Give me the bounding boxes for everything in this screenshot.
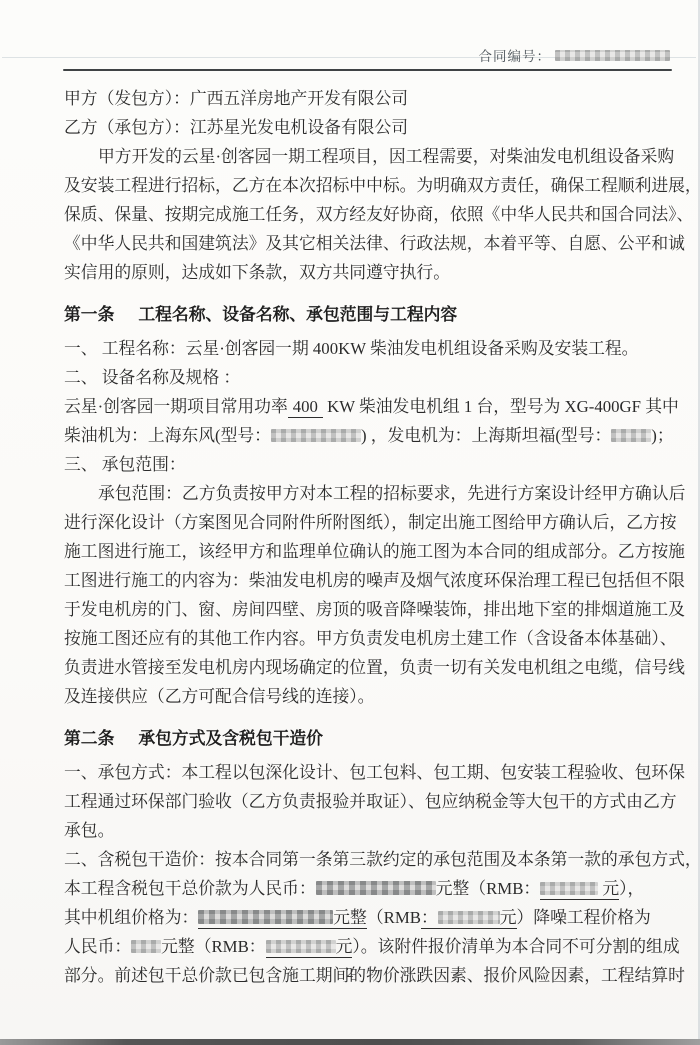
section1-title: 第一条工程名称、设备名称、承包范围与工程内容 <box>64 300 676 329</box>
price-line1: 二、含税包干造价：按本合同第一条第三款约定的承包范围及本条第一款的承包方式， <box>64 845 676 874</box>
unit-price-rmb-underlined: ：元 <box>421 908 517 929</box>
equipment-line1: 云星·创客园一期项目常用功率400 KW 柴油发电机组 1 台，型号为 XG-4… <box>64 392 676 421</box>
equipment-line2-mid: ) ，发电机为：上海斯坦福(型号： <box>361 426 611 445</box>
total-amount-rmb-underlined: 元 <box>540 879 619 900</box>
price-line3: 其中机组价格为：元整（RMB：元）降噪工程价格为 <box>64 903 676 932</box>
scope-line: 及连接供应（乙方可配合信号线的连接）。 <box>64 682 676 711</box>
method-line: 承包。 <box>64 816 676 845</box>
price-line4-end: ）。该附件报价清单为本合同不可分割的组成 <box>352 937 679 956</box>
redacted-contract-number <box>555 50 670 61</box>
unit-price-cn-underlined: 元整 <box>198 908 367 929</box>
contract-number-label: 合同编号： <box>479 45 552 65</box>
redacted-unit-price-rmb <box>438 911 500 924</box>
section2-number: 第二条 <box>64 729 114 748</box>
intro-line: 实信用的原则，达成如下条款，双方共同遵守执行。 <box>64 258 676 287</box>
price-line2: 本工程含税包干总价款为人民币：元整（RMB： 元）， <box>64 874 676 903</box>
price-line2-yuan: 元 <box>598 879 619 898</box>
price-line3-pre: 其中机组价格为： <box>64 908 198 927</box>
noise-price-rmb-underlined: 元 <box>266 937 353 958</box>
redacted-total-amount-cn <box>316 881 436 895</box>
intro-line: 及安装工程进行招标，乙方在本次招标中中标。为明确双方责任，确保工程顺利进展， <box>64 171 676 200</box>
redacted-noise-price-cn <box>131 940 161 953</box>
redacted-generator-model <box>611 429 651 442</box>
redacted-noise-price-rmb <box>266 940 336 953</box>
section1-item1: 一、 工程名称：云星·创客园一期 400KW 柴油发电机组设备采购及安装工程。 <box>64 334 676 363</box>
scope-line: 按施工图还应有的其他工作内容。甲方负责发电机房土建工作（含设备本体基础）、 <box>64 624 676 653</box>
price-line3-yuan: 元 <box>500 908 517 927</box>
scan-edge-bottom <box>0 1039 700 1045</box>
intro-line: 甲方开发的云星·创客园一期工程项目，因工程需要，对柴油发电机组设备采购 <box>64 142 676 171</box>
section2-title: 第二条承包方式及含税包干造价 <box>64 724 676 753</box>
section1-item3: 三、 承包范围： <box>64 450 676 479</box>
intro-line: 《中华人民共和国建筑法》及其它相关法律、行政法规，本着平等、自愿、公平和诚 <box>64 229 676 258</box>
contract-body: 甲方（发包方）：广西五洋房地产开发有限公司 乙方（承包方）：江苏星光发电机设备有… <box>64 84 676 990</box>
equipment-line1-pre: 云星·创客园一期项目常用功率 <box>64 397 288 416</box>
section1-item2: 二、 设备名称及规格 ： <box>64 363 676 392</box>
section1-heading: 工程名称、设备名称、承包范围与工程内容 <box>138 305 457 324</box>
scope-line: 进行深化设计（方案图见合同附件所附图纸），制定出施工图给甲方确认后，乙方按 <box>64 508 676 537</box>
section1-number: 第一条 <box>64 305 114 324</box>
price-line2-mid: 元整（RMB： <box>436 879 540 898</box>
price-line2-end: ）， <box>619 879 644 898</box>
scope-line: 于发电机房的门、窗、房间四壁、房顶的吸音降噪装饰，排出地下室的排烟道施工及 <box>64 595 676 624</box>
price-line3-mid: （RMB <box>367 908 421 927</box>
equipment-line1-post: KW 柴油发电机组 1 台，型号为 XG-400GF 其中 <box>327 397 679 416</box>
page-number: 2 <box>0 966 700 982</box>
price-line4: 人民币：元整（RMB：元）。该附件报价清单为本合同不可分割的组成 <box>64 932 676 961</box>
price-line4-mid: 元整（RMB： <box>161 937 265 956</box>
equipment-line2-end: )； <box>651 426 673 445</box>
scope-line: 承包范围：乙方负责按甲方对本工程的招标要求，先进行方案设计经甲方确认后 <box>64 479 676 508</box>
method-line: 一、承包方式：本工程以包深化设计、包工包料、包工期、包安装工程验收、包环保 <box>64 758 676 787</box>
party-a-line: 甲方（发包方）：广西五洋房地产开发有限公司 <box>64 84 676 113</box>
redacted-total-amount-rmb <box>540 882 598 895</box>
header-rule <box>63 69 672 71</box>
scope-line: 负责进水管接至发电机房内现场确定的位置，负责一切有关发电机组之电缆，信号线 <box>64 653 676 682</box>
price-line4-yuan: 元 <box>336 937 353 956</box>
redacted-unit-price-cn <box>198 910 333 924</box>
price-line4-pre: 人民币： <box>64 937 131 956</box>
price-line3-yuanzheng: 元整 <box>333 908 367 927</box>
price-line2-pre: 本工程含税包干总价款为人民币： <box>64 879 316 898</box>
intro-line: 保质、保量、按期完成施工任务，双方经友好协商，依照《中华人民共和国合同法》、 <box>64 200 676 229</box>
method-line: 工程通过环保部门验收（乙方负责报验并取证）、包应纳税金等大包干的方式由乙方 <box>64 787 676 816</box>
party-b-line: 乙方（承包方）：江苏星光发电机设备有限公司 <box>64 113 676 142</box>
equipment-line2-pre: 柴油机为：上海东风(型号： <box>64 426 271 445</box>
contract-number-row: 合同编号： <box>479 45 671 65</box>
scope-line: 工图进行施工的内容为：柴油发电机房的噪声及烟气浓度环保治理工程已包括但不限 <box>64 566 676 595</box>
section2-heading: 承包方式及含税包干造价 <box>138 729 323 748</box>
price-line3-end: ）降噪工程价格为 <box>517 908 651 927</box>
contract-page: 合同编号： 甲方（发包方）：广西五洋房地产开发有限公司 乙方（承包方）：江苏星光… <box>0 0 700 1045</box>
equipment-line2: 柴油机为：上海东风(型号：) ，发电机为：上海斯坦福(型号：)； <box>64 421 676 450</box>
power-rating-underlined: 400 <box>288 397 323 418</box>
price-line3-colon: ： <box>421 908 438 927</box>
scope-line: 施工图进行施工，该经甲方和监理单位确认的施工图为本合同的组成部分。乙方按施 <box>64 537 676 566</box>
redacted-diesel-model <box>271 429 361 442</box>
